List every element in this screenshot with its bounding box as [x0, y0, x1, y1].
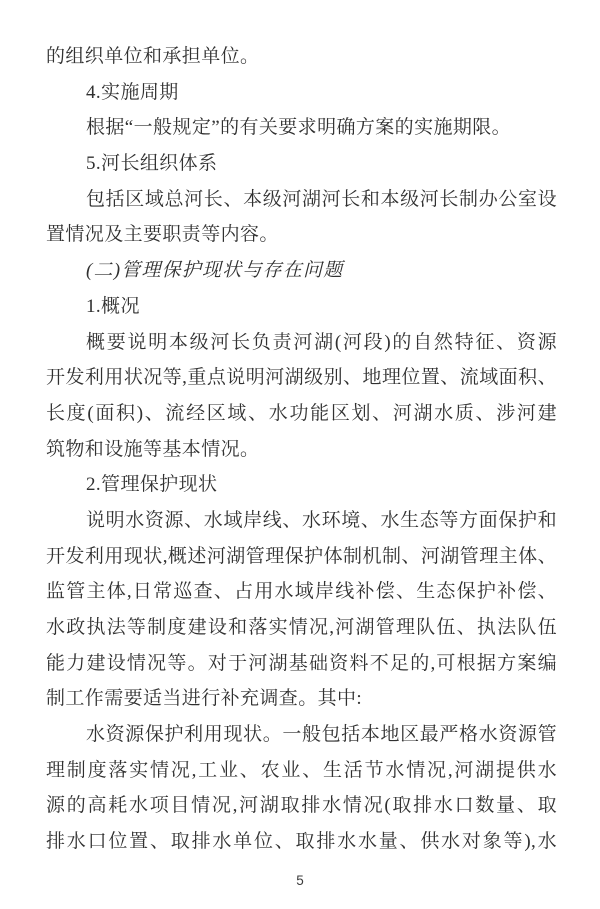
text-line: 长度(面积)、流经区域、水功能区划、河湖水质、涉河建: [46, 396, 557, 432]
text-line: 5.河长组织体系: [46, 146, 557, 182]
text-line: 监管主体,日常巡查、占用水域岸线补偿、生态保护补偿、: [46, 574, 557, 610]
text-line: 包括区域总河长、本级河湖河长和本级河长制办公室设: [46, 182, 557, 218]
text-line: 排水口位置、取排水单位、取排水水量、供水对象等),水: [46, 824, 557, 860]
text-line: 开发利用状况等,重点说明河湖级别、地理位置、流域面积、: [46, 360, 557, 396]
page-number: 5: [0, 873, 600, 888]
document-body: 的组织单位和承担单位。4.实施周期根据“一般规定”的有关要求明确方案的实施期限。…: [46, 39, 557, 860]
section-heading-line: (二)管理保护现状与存在问题: [46, 253, 557, 289]
text-line: 水政执法等制度建设和落实情况,河湖管理队伍、执法队伍: [46, 610, 557, 646]
text-line: 说明水资源、水域岸线、水环境、水生态等方面保护和: [46, 503, 557, 539]
text-line: 4.实施周期: [46, 75, 557, 111]
text-line: 理制度落实情况,工业、农业、生活节水情况,河湖提供水: [46, 753, 557, 789]
text-line: 置情况及主要职责等内容。: [46, 217, 557, 253]
text-line: 能力建设情况等。对于河湖基础资料不足的,可根据方案编: [46, 646, 557, 682]
text-line: 制工作需要适当进行补充调查。其中:: [46, 681, 557, 717]
text-line: 源的高耗水项目情况,河湖取排水情况(取排水口数量、取: [46, 788, 557, 824]
text-line: 2.管理保护现状: [46, 467, 557, 503]
document-page: 的组织单位和承担单位。4.实施周期根据“一般规定”的有关要求明确方案的实施期限。…: [0, 0, 600, 909]
text-line: 概要说明本级河长负责河湖(河段)的自然特征、资源: [46, 325, 557, 361]
text-line: 开发利用现状,概述河湖管理保护体制机制、河湖管理主体、: [46, 539, 557, 575]
text-line: 水资源保护利用现状。一般包括本地区最严格水资源管: [46, 717, 557, 753]
text-line: 的组织单位和承担单位。: [46, 39, 557, 75]
text-line: 筑物和设施等基本情况。: [46, 432, 557, 468]
text-line: 1.概况: [46, 289, 557, 325]
text-line: 根据“一般规定”的有关要求明确方案的实施期限。: [46, 110, 557, 146]
